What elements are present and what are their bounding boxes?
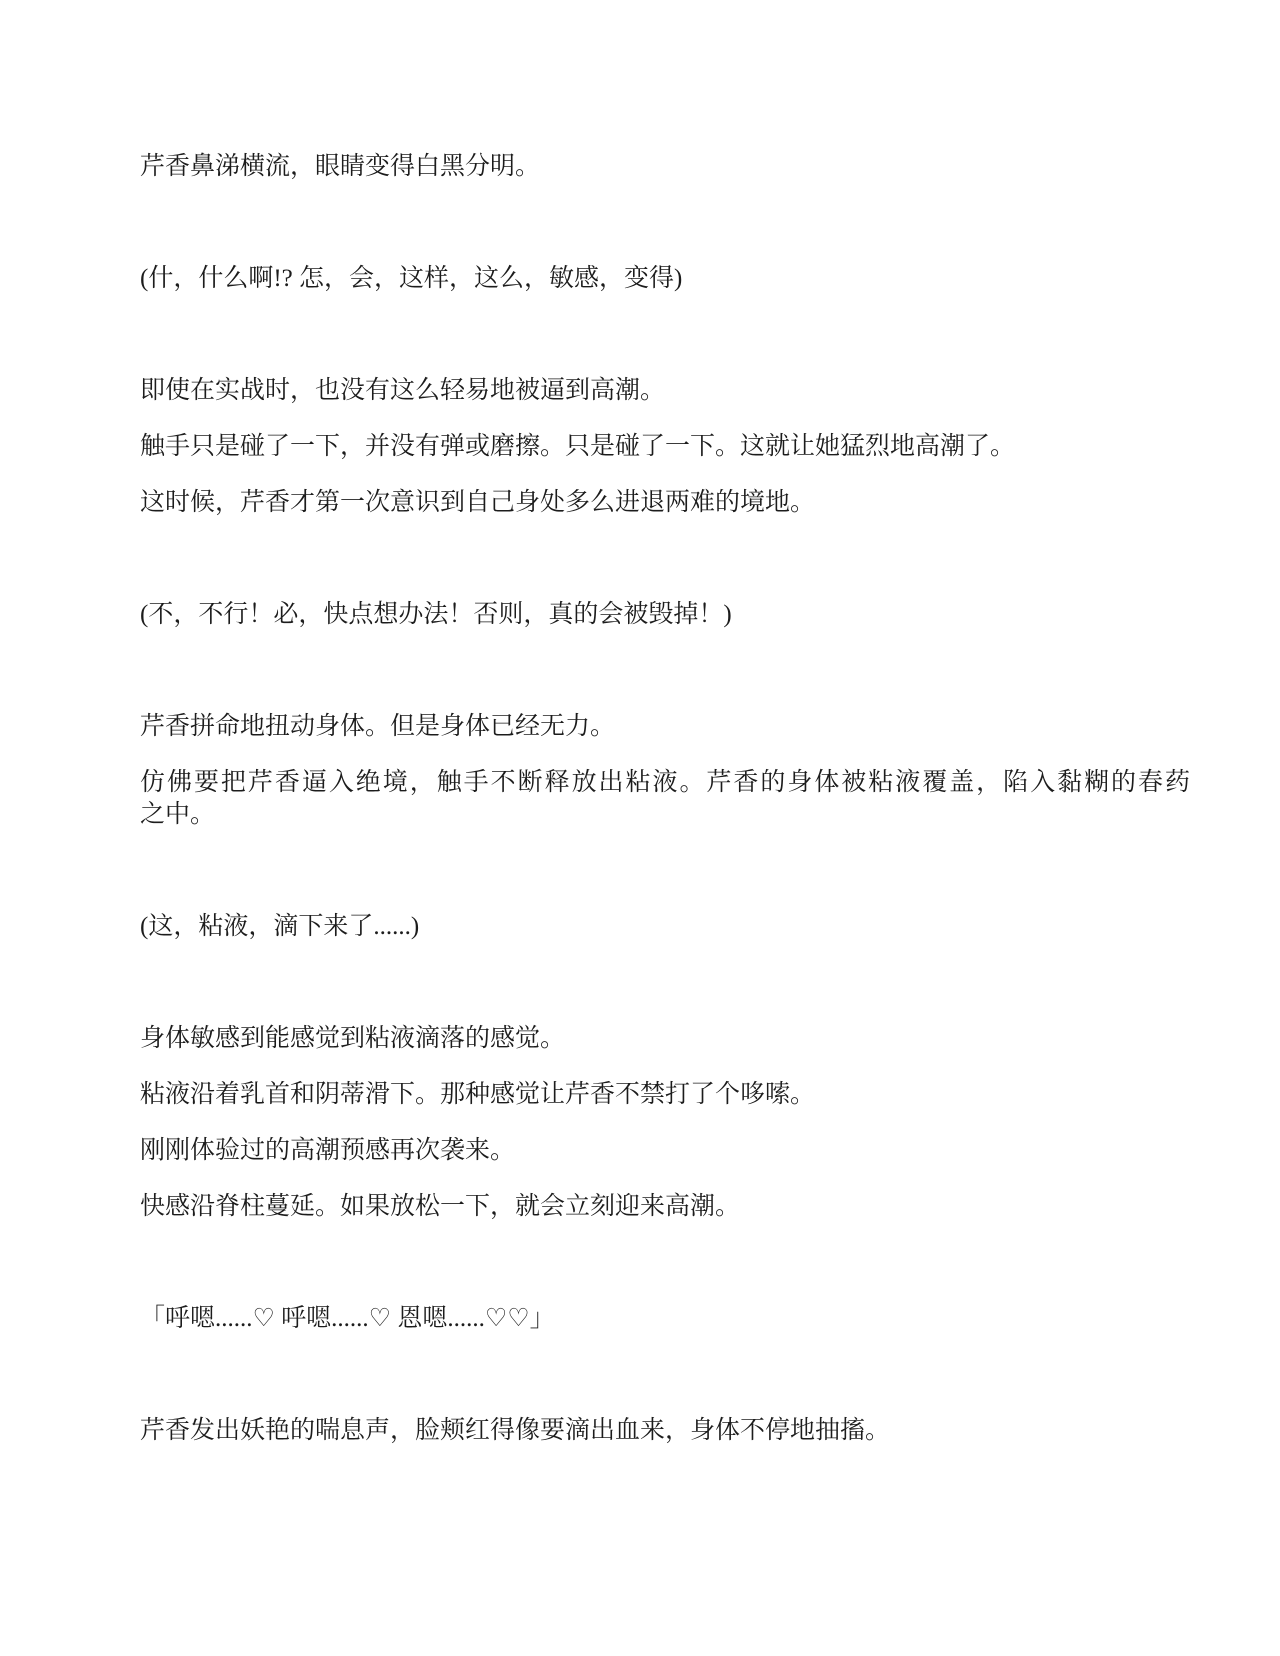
- paragraph-line: 触手只是碰了一下，并没有弹或磨擦。只是碰了一下。这就让她猛烈地高潮了。: [140, 431, 1190, 463]
- paragraph-line: 身体敏感到能感觉到粘液滴落的感觉。: [140, 1023, 1190, 1055]
- paragraph-line: (这，粘液，滴下来了......): [140, 911, 1190, 943]
- paragraph-inner-monologue: (不，不行！必，快点想办法！否则，真的会被毁掉！): [140, 599, 1190, 631]
- paragraph: 芹香拼命地扭动身体。但是身体已经无力。: [140, 711, 1190, 743]
- paragraph-wrapped: 仿佛要把芹香逼入绝境，触手不断释放出粘液。芹香的身体被粘液覆盖，陷入黏糊的春药 …: [140, 767, 1190, 831]
- paragraph-line: 仿佛要把芹香逼入绝境，触手不断释放出粘液。芹香的身体被粘液覆盖，陷入黏糊的春药: [140, 767, 1190, 799]
- paragraph: 粘液沿着乳首和阴蒂滑下。那种感觉让芹香不禁打了个哆嗦。: [140, 1079, 1190, 1111]
- paragraph-line: 快感沿脊柱蔓延。如果放松一下，就会立刻迎来高潮。: [140, 1191, 1190, 1223]
- paragraph: 芹香发出妖艳的喘息声，脸颊红得像要滴出血来，身体不停地抽搐。: [140, 1415, 1190, 1447]
- paragraph: 即使在实战时，也没有这么轻易地被逼到高潮。: [140, 375, 1190, 407]
- paragraph-line: 即使在实战时，也没有这么轻易地被逼到高潮。: [140, 375, 1190, 407]
- paragraph: 身体敏感到能感觉到粘液滴落的感觉。: [140, 1023, 1190, 1055]
- paragraph-line: 芹香拼命地扭动身体。但是身体已经无力。: [140, 711, 1190, 743]
- document-page: 芹香鼻涕横流，眼睛变得白黑分明。 (什，什么啊!? 怎，会，这样，这么，敏感，变…: [0, 0, 1280, 1656]
- paragraph-line: 刚刚体验过的高潮预感再次袭来。: [140, 1135, 1190, 1167]
- paragraph-spoken-quote: 「呼嗯......♡ 呼嗯......♡ 恩嗯......♡♡」: [140, 1303, 1190, 1335]
- paragraph-line: 这时候，芹香才第一次意识到自己身处多么进退两难的境地。: [140, 487, 1190, 519]
- paragraph: 芹香鼻涕横流，眼睛变得白黑分明。: [140, 151, 1190, 183]
- paragraph: 这时候，芹香才第一次意识到自己身处多么进退两难的境地。: [140, 487, 1190, 519]
- paragraph: 刚刚体验过的高潮预感再次袭来。: [140, 1135, 1190, 1167]
- paragraph-line: 粘液沿着乳首和阴蒂滑下。那种感觉让芹香不禁打了个哆嗦。: [140, 1079, 1190, 1111]
- paragraph-line: 芹香鼻涕横流，眼睛变得白黑分明。: [140, 151, 1190, 183]
- paragraph-line: (不，不行！必，快点想办法！否则，真的会被毁掉！): [140, 599, 1190, 631]
- paragraph: 触手只是碰了一下，并没有弹或磨擦。只是碰了一下。这就让她猛烈地高潮了。: [140, 431, 1190, 463]
- paragraph: 快感沿脊柱蔓延。如果放松一下，就会立刻迎来高潮。: [140, 1191, 1190, 1223]
- paragraph-line: 芹香发出妖艳的喘息声，脸颊红得像要滴出血来，身体不停地抽搐。: [140, 1415, 1190, 1447]
- paragraph-line: 「呼嗯......♡ 呼嗯......♡ 恩嗯......♡♡」: [140, 1303, 1190, 1335]
- paragraph-line: 之中。: [140, 799, 1190, 831]
- paragraph-inner-monologue: (这，粘液，滴下来了......): [140, 911, 1190, 943]
- paragraph-inner-monologue: (什，什么啊!? 怎，会，这样，这么，敏感，变得): [140, 263, 1190, 295]
- paragraph-line: (什，什么啊!? 怎，会，这样，这么，敏感，变得): [140, 263, 1190, 295]
